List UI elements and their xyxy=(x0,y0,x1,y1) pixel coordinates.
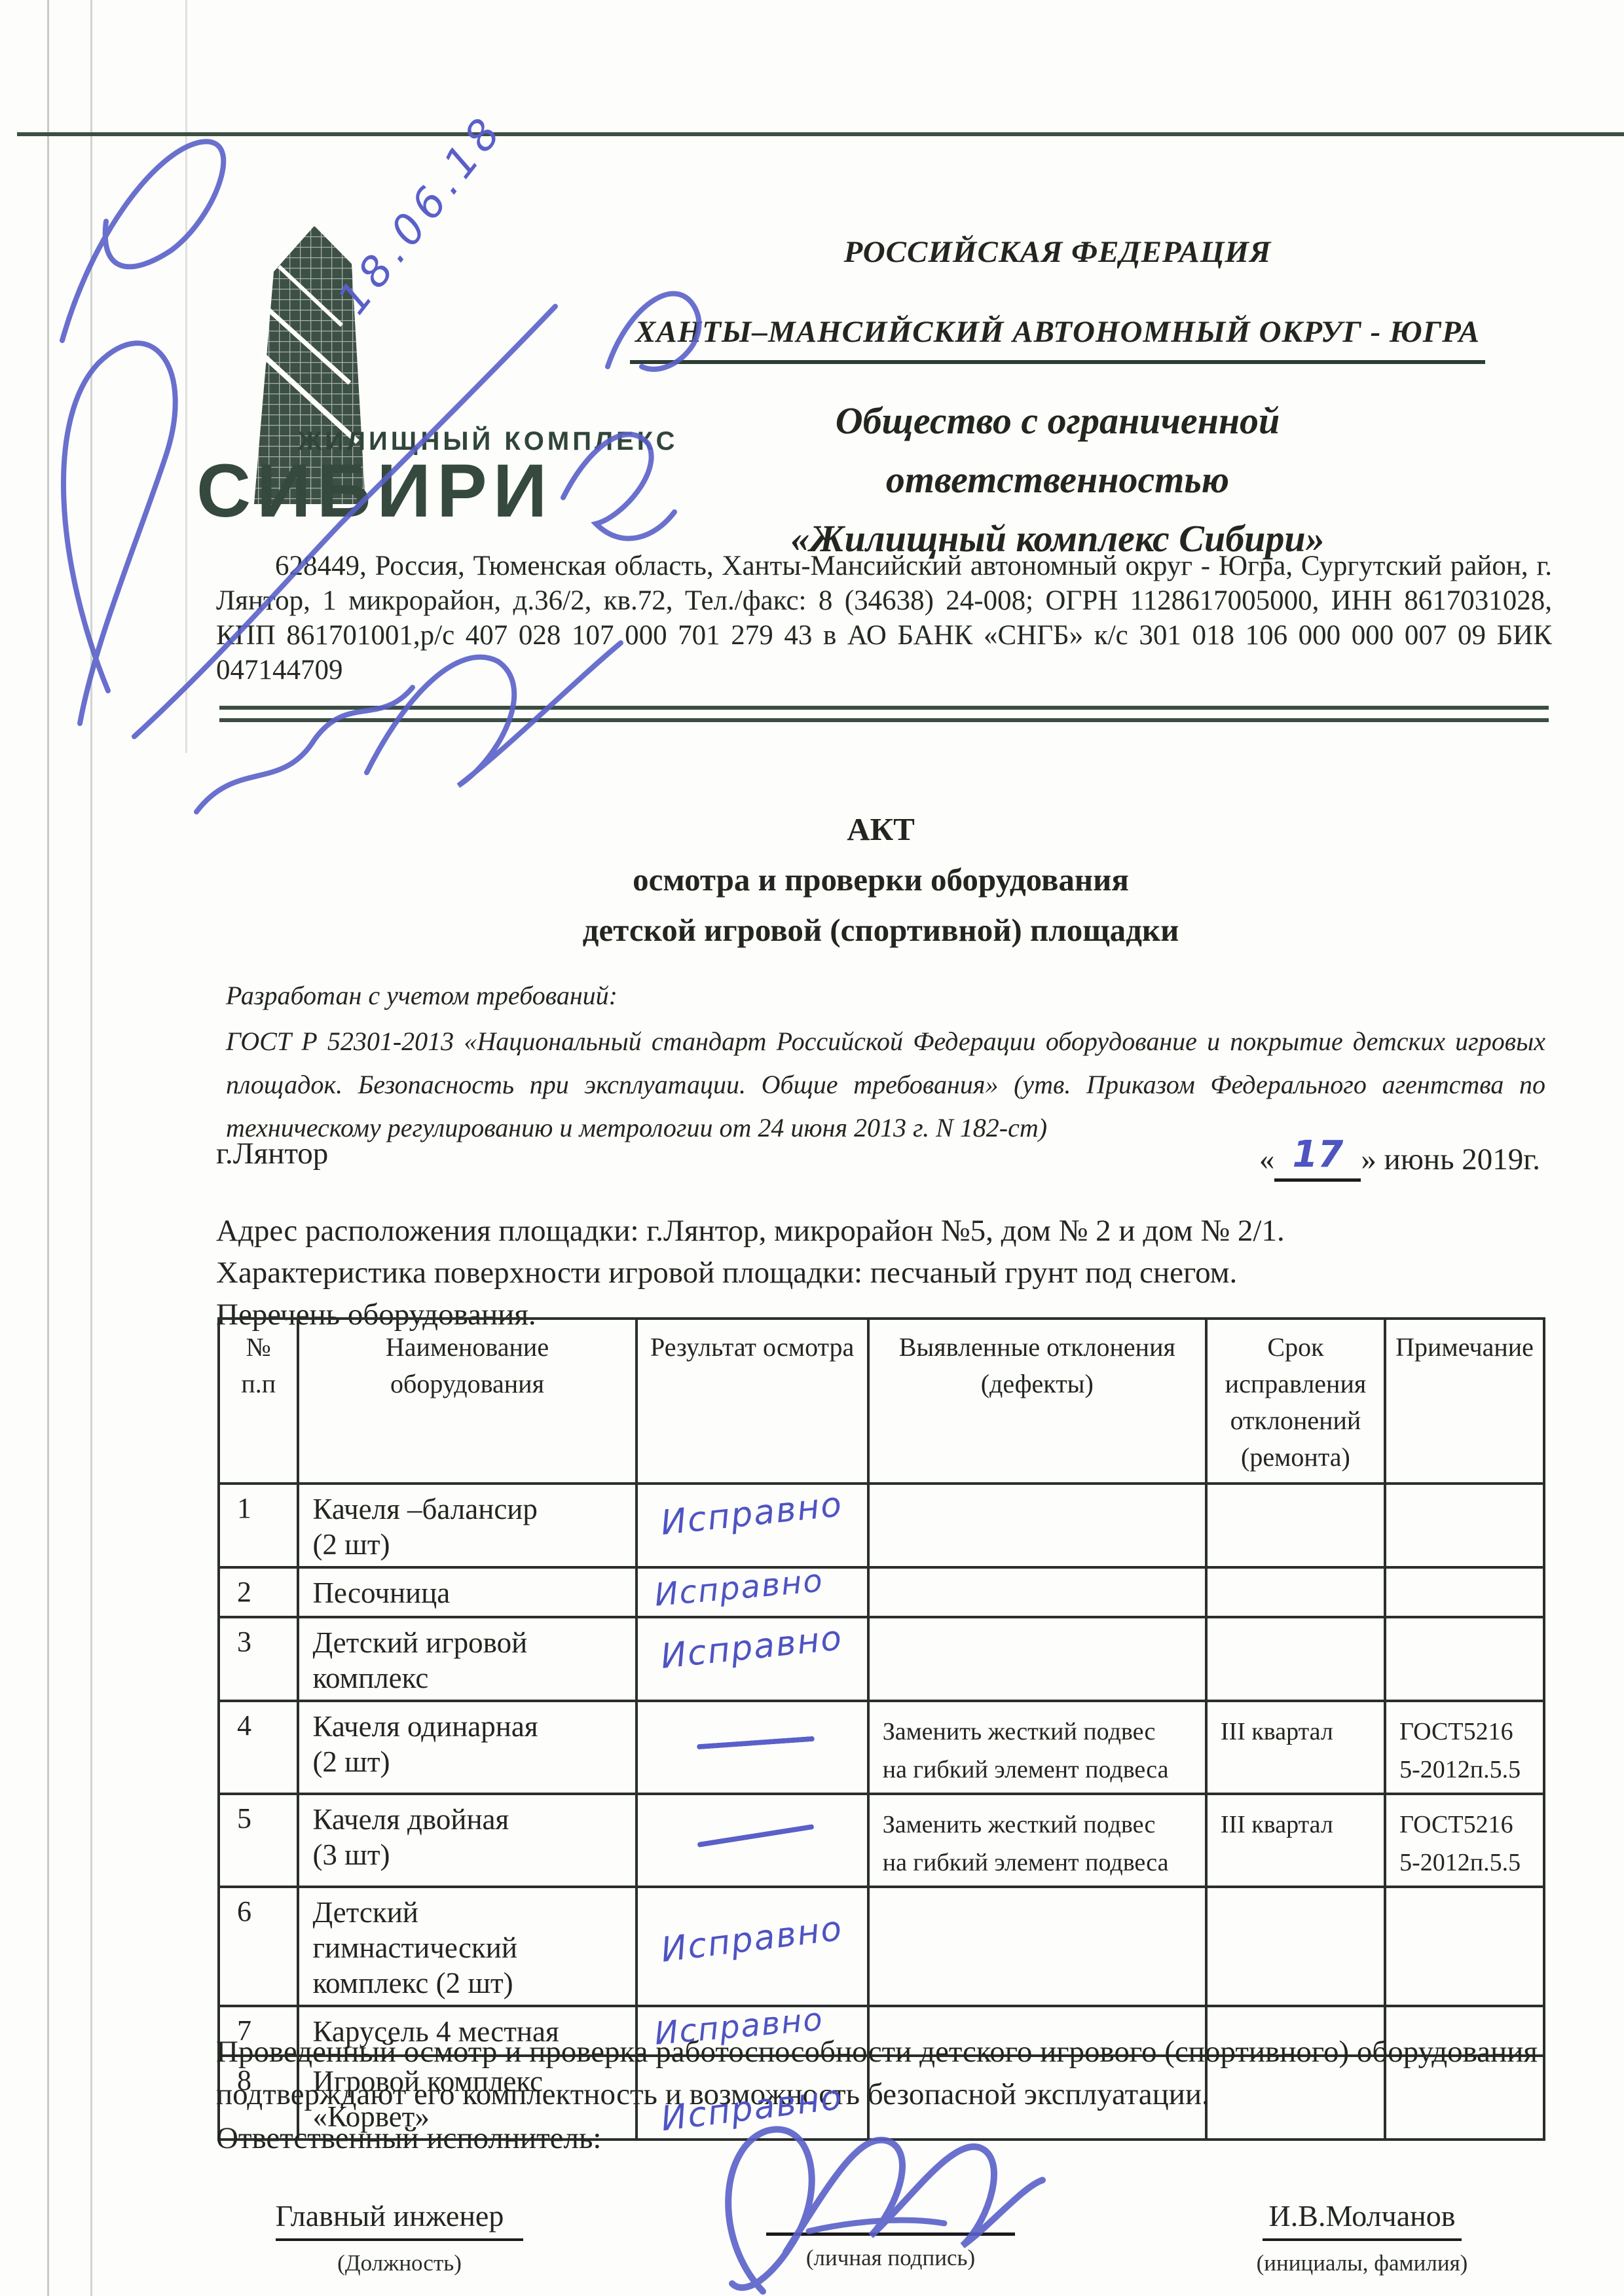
equipment-table: № п.п Наименование оборудования Результа… xyxy=(217,1317,1545,2141)
row-defect xyxy=(868,1887,1206,2006)
document-page: ЖИЛИЩНЫЙ КОМПЛЕКС СИБИРИ РОССИЙСКАЯ ФЕДЕ… xyxy=(0,0,1624,2296)
row-result xyxy=(637,1701,868,1794)
row-note xyxy=(1385,1567,1544,1617)
handwritten-dash-mark xyxy=(696,1736,814,1750)
region-text: ХАНТЫ–МАНСИЙСКИЙ АВТОНОМНЫЙ ОКРУГ - ЮГРА xyxy=(630,314,1485,364)
table-row: 5 Качеля двойная (3 шт) Заменить жесткий… xyxy=(219,1794,1544,1887)
row-num: 2 xyxy=(219,1567,298,1617)
date-rest: » июнь 2019г. xyxy=(1361,1142,1540,1176)
signature-rule xyxy=(766,2198,1015,2236)
fold-line xyxy=(185,0,187,753)
row-defect: Заменить жесткий подвес на гибкий элемен… xyxy=(868,1701,1206,1794)
col-header-note: Примечание xyxy=(1385,1319,1544,1484)
col-header-defects: Выявленные отклонения (дефекты) xyxy=(868,1319,1206,1484)
conclusion-text: Проведенный осмотр и проверка работоспос… xyxy=(216,2031,1552,2116)
signature-caption: (личная подпись) xyxy=(740,2245,1041,2271)
col-header-term: Срок исправления отклонений (ремонта) xyxy=(1206,1319,1385,1484)
row-term xyxy=(1206,1887,1385,2006)
handwritten-day: 17 xyxy=(1274,1133,1361,1182)
row-defect xyxy=(868,1567,1206,1617)
handwritten-ok-mark: Исправно xyxy=(659,1909,845,1971)
letterhead: РОССИЙСКАЯ ФЕДЕРАЦИЯ ХАНТЫ–МАНСИЙСКИЙ АВ… xyxy=(544,234,1572,568)
organization-name: Общество с ограниченной ответственностью… xyxy=(544,392,1572,568)
handwritten-date-note: 18.06.18 xyxy=(329,105,514,323)
table-row: 6 Детский гимнастический комплекс (2 шт)… xyxy=(219,1887,1544,2006)
normative-basis: Разработан с учетом требований: ГОСТ Р 5… xyxy=(226,980,1545,1150)
responsible-label: Ответственный исполнитель: xyxy=(216,2117,1552,2160)
row-note: ГОСТ5216 5-2012п.5.5 xyxy=(1385,1701,1544,1794)
equipment-table-wrap: № п.п Наименование оборудования Результа… xyxy=(217,1317,1545,2141)
signature-position: Главный инженер (Должность) xyxy=(216,2198,583,2276)
region-line: ХАНТЫ–МАНСИЙСКИЙ АВТОНОМНЫЙ ОКРУГ - ЮГРА xyxy=(544,314,1572,364)
handwritten-ok-mark: Исправно xyxy=(659,1618,845,1677)
double-rule xyxy=(219,706,1549,731)
row-num: 3 xyxy=(219,1617,298,1701)
conclusion: Проведенный осмотр и проверка работоспос… xyxy=(216,2031,1552,2160)
handwritten-dash-mark xyxy=(697,1824,814,1848)
col-header-name: Наименование оборудования xyxy=(298,1319,636,1484)
table-row: 1 Качеля –балансир (2 шт) Исправно xyxy=(219,1484,1544,1567)
document-title: АКТ осмотра и проверки оборудования детс… xyxy=(216,804,1545,955)
row-term: III квартал xyxy=(1206,1701,1385,1794)
basis-intro: Разработан с учетом требований: xyxy=(226,980,1545,1011)
row-term: III квартал xyxy=(1206,1794,1385,1887)
person-value: И.В.Молчанов xyxy=(1263,2198,1462,2241)
row-term xyxy=(1206,1617,1385,1701)
row-name: Песочница xyxy=(298,1567,636,1617)
row-note xyxy=(1385,1617,1544,1701)
org-line-1: Общество с ограниченной xyxy=(544,392,1572,450)
row-note xyxy=(1385,1484,1544,1567)
logo-title: СИБИРИ xyxy=(196,454,553,529)
signature-person: И.В.Молчанов (инициалы, фамилия) xyxy=(1205,2198,1519,2276)
row-name: Детский гимнастический комплекс (2 шт) xyxy=(298,1887,636,2006)
fold-line xyxy=(47,0,49,2296)
position-value: Главный инженер xyxy=(276,2198,524,2241)
row-defect xyxy=(868,1617,1206,1701)
quote-open: « xyxy=(1259,1142,1275,1176)
row-num: 1 xyxy=(219,1484,298,1567)
row-term xyxy=(1206,1484,1385,1567)
row-note: ГОСТ5216 5-2012п.5.5 xyxy=(1385,1794,1544,1887)
row-name: Качеля одинарная (2 шт) xyxy=(298,1701,636,1794)
row-result xyxy=(637,1794,868,1887)
title-line-1: АКТ xyxy=(216,804,1545,854)
fold-line xyxy=(90,0,92,2296)
row-num: 4 xyxy=(219,1701,298,1794)
row-name: Качеля двойная (3 шт) xyxy=(298,1794,636,1887)
city: г.Лянтор xyxy=(216,1136,328,1171)
row-num: 6 xyxy=(219,1887,298,2006)
row-defect: Заменить жесткий подвес на гибкий элемен… xyxy=(868,1794,1206,1887)
col-header-result: Результат осмотра xyxy=(637,1319,868,1484)
basis-text: ГОСТ Р 52301-2013 «Национальный стандарт… xyxy=(226,1020,1545,1150)
col-header-num: № п.п xyxy=(219,1319,298,1484)
person-caption: (инициалы, фамилия) xyxy=(1205,2250,1519,2276)
date: «17» июнь 2019г. xyxy=(1259,1136,1540,1184)
company-requisites: 628449, Россия, Тюменская область, Ханты… xyxy=(216,549,1552,687)
detail-address: Адрес расположения площадки: г.Лянтор, м… xyxy=(216,1210,1565,1252)
table-header-row: № п.п Наименование оборудования Результа… xyxy=(219,1319,1544,1484)
top-rule xyxy=(17,132,1624,136)
row-result: Исправно xyxy=(637,1887,868,2006)
row-result: Исправно xyxy=(637,1617,868,1701)
org-line-2: ответственностью xyxy=(544,450,1572,509)
row-name: Детский игровой комплекс xyxy=(298,1617,636,1701)
position-caption: (Должность) xyxy=(216,2250,583,2276)
table-row: 3 Детский игровой комплекс Исправно xyxy=(219,1617,1544,1701)
title-line-3: детской игровой (спортивной) площадки xyxy=(216,905,1545,955)
country-line: РОССИЙСКАЯ ФЕДЕРАЦИЯ xyxy=(544,234,1572,270)
row-defect xyxy=(868,1484,1206,1567)
row-result: Исправно xyxy=(637,1484,868,1567)
detail-surface: Характеристика поверхности игровой площа… xyxy=(216,1252,1565,1294)
signature-line: (личная подпись) xyxy=(740,2198,1041,2271)
row-name: Качеля –балансир (2 шт) xyxy=(298,1484,636,1567)
row-num: 5 xyxy=(219,1794,298,1887)
title-line-2: осмотра и проверки оборудования xyxy=(216,854,1545,905)
table-row: 4 Качеля одинарная (2 шт) Заменить жестк… xyxy=(219,1701,1544,1794)
handwritten-ok-mark: Исправно xyxy=(653,1562,825,1613)
table-row: 2 Песочница Исправно xyxy=(219,1567,1544,1617)
handwritten-ok-mark: Исправно xyxy=(659,1485,845,1543)
row-term xyxy=(1206,1567,1385,1617)
row-note xyxy=(1385,1887,1544,2006)
row-result: Исправно xyxy=(637,1567,868,1617)
